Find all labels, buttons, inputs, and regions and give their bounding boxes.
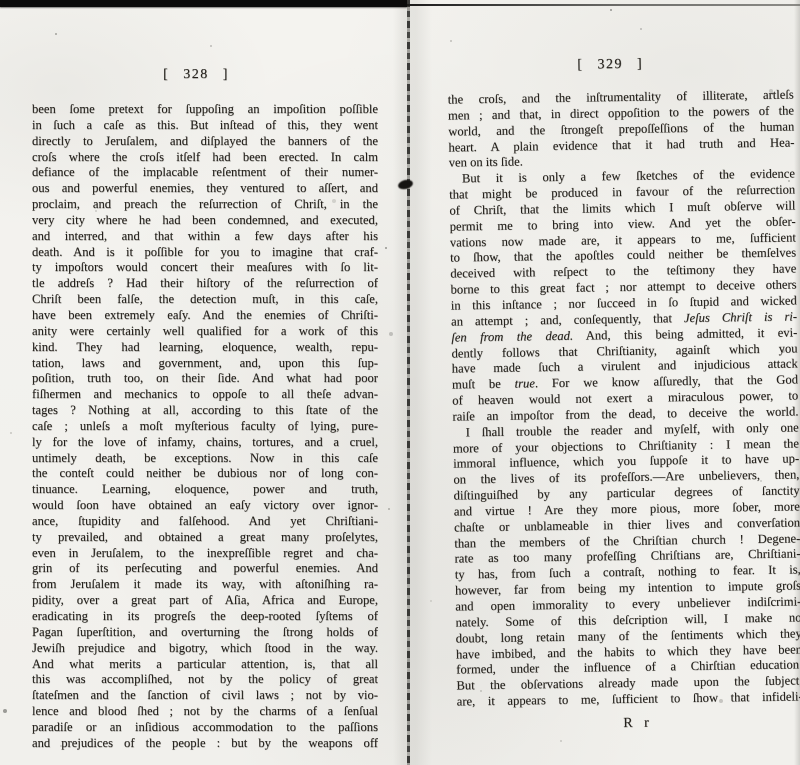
text-line: Pagan ſuperſtition, and overturning the … xyxy=(32,625,378,641)
text-line: Chriſt been falſe, the detection muſt, i… xyxy=(32,292,378,308)
text-line: very city where he had been condemned, a… xyxy=(32,213,378,229)
text-line: Jewiſh prejudice and bigotry, which ſtoo… xyxy=(32,641,378,657)
book-scan: [ 328 ] been ſome pretext for ſuppoſing … xyxy=(0,0,800,765)
text-line: even in Jeruſalem, to the inexpreſſible … xyxy=(32,546,378,562)
text-line: ty prevailed, and obtained a great many … xyxy=(32,530,378,546)
page-right: [ 329 ] the croſs, and the inſtrumentali… xyxy=(447,45,800,734)
text-line: in ſuch a caſe as this. But inſtead of t… xyxy=(32,118,378,134)
text-line: proclaim, and preach the reſurrection of… xyxy=(32,197,378,213)
text-line: defiance of the implacable reſentment of… xyxy=(32,165,378,181)
text-line: this was accompliſhed, not by the policy… xyxy=(32,672,378,688)
page-number-left: [ 328 ] xyxy=(23,66,369,84)
text-line: eradicating in its progreſs the deep-roo… xyxy=(32,609,378,625)
page-text-right: the croſs, and the inſtrumentality of il… xyxy=(448,87,800,710)
text-line: tle addreſs ? Had their hiſtory of the r… xyxy=(32,276,378,292)
text-line: pidity, over a great part of Aſia, Afric… xyxy=(32,593,378,609)
page-gutter xyxy=(407,0,410,765)
text-line: ty impoſtors would concert their meaſure… xyxy=(32,260,378,276)
text-line: kind. They had learning, eloquence, weal… xyxy=(32,340,378,356)
scan-edge-top-left xyxy=(0,0,407,7)
text-line: tation, laws and government, and, upon t… xyxy=(32,356,378,372)
text-line: tages ? Nothing at all, according to thi… xyxy=(32,403,378,419)
scan-edge-top-right xyxy=(407,4,800,6)
text-line: and prejudices of the people : but by th… xyxy=(32,736,378,752)
scan-noise xyxy=(0,0,2,2)
text-line: ous and powerful enemies, they ventured … xyxy=(32,181,378,197)
text-line: croſs where the croſs itſelf had been er… xyxy=(32,150,378,166)
ink-blot xyxy=(397,178,414,190)
text-line: the conteſt could neither be dubious nor… xyxy=(32,466,378,482)
page-number-right: [ 329 ] xyxy=(437,54,783,77)
text-line: untimely death, be exceptions. Now in th… xyxy=(32,451,378,467)
text-line: caſe ; unleſs a moſt myſterious faculty … xyxy=(32,419,378,435)
text-line: from Jeruſalem it made its way, with aſt… xyxy=(32,577,378,593)
page-left: [ 328 ] been ſome pretext for ſuppoſing … xyxy=(32,66,378,752)
text-line: death. And is it poſſible for you to ima… xyxy=(32,245,378,261)
text-line: anity were certainly well qualified for … xyxy=(32,324,378,340)
text-line: have been extremely eaſy. And the enemie… xyxy=(32,308,378,324)
signature-mark: R r xyxy=(465,713,800,734)
text-line: fiſhermen and mechanics to oppoſe to all… xyxy=(32,387,378,403)
text-line: grin of its perſecuting and powerful ene… xyxy=(32,561,378,577)
text-line: lence and blood ſhed ; not by the charms… xyxy=(32,704,378,720)
text-line: ly for the love of infamy, chains, tortu… xyxy=(32,435,378,451)
text-line: directly to Jeruſalem, and diſplayed the… xyxy=(32,134,378,150)
page-text-left: been ſome pretext for ſuppoſing an impoſ… xyxy=(32,102,378,752)
text-line: tinuance. Learning, eloquence, power and… xyxy=(32,482,378,498)
text-line: paradiſe or an inſidious accommodation t… xyxy=(32,720,378,736)
text-line: would ſoon have obtained an eaſy victory… xyxy=(32,498,378,514)
text-line: And what merits a particular attention, … xyxy=(32,657,378,673)
text-line: been ſome pretext for ſuppoſing an impoſ… xyxy=(32,102,378,118)
text-line: ance, ſtupidity and falſehood. And yet C… xyxy=(32,514,378,530)
text-line: ſtateſmen and the ſanction of civil laws… xyxy=(32,688,378,704)
text-line: poſition, truth too, on their ſide. And … xyxy=(32,371,378,387)
text-line: and interred, and that within a few days… xyxy=(32,229,378,245)
